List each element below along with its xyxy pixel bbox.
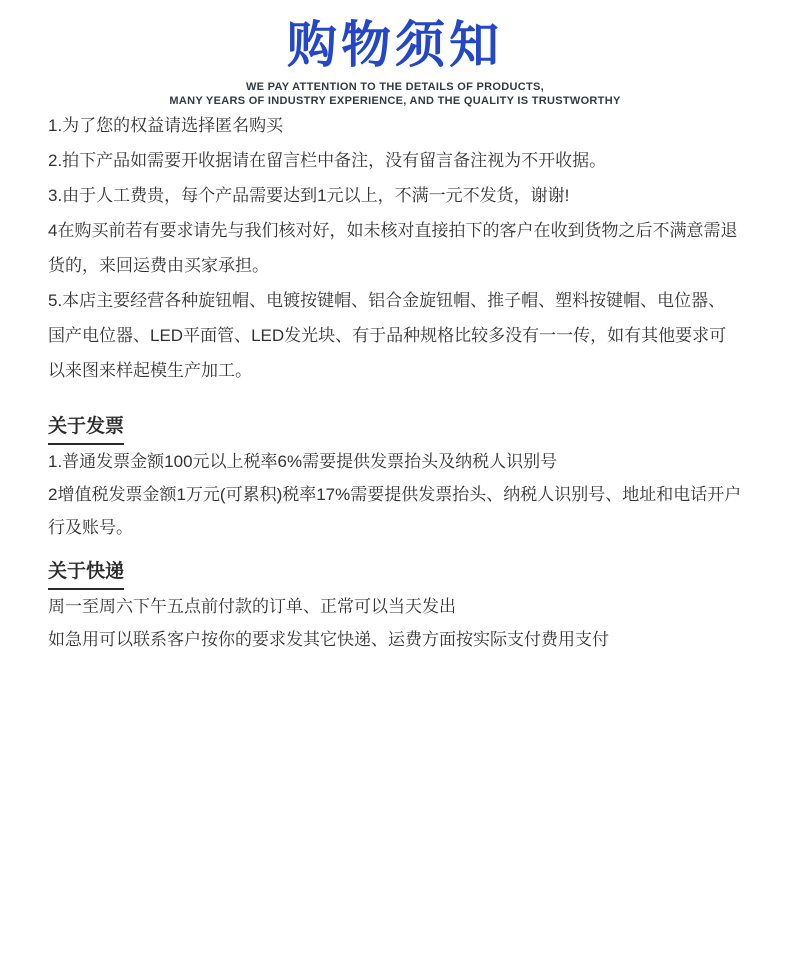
subtitle-line-2: MANY YEARS OF INDUSTRY EXPERIENCE, AND T… <box>0 94 790 108</box>
delivery-section-heading: 关于快递 <box>48 560 742 590</box>
notice-item-2: 2.拍下产品如需要开收据请在留言栏中备注，没有留言备注视为不开收据。 <box>48 143 742 178</box>
subtitle-line-1: WE PAY ATTENTION TO THE DETAILS OF PRODU… <box>0 80 790 94</box>
invoice-heading-text: 关于发票 <box>48 415 124 445</box>
invoice-line-1: 1.普通发票金额100元以上税率6%需要提供发票抬头及纳税人识别号 <box>48 445 742 478</box>
delivery-line-1: 周一至周六下午五点前付款的订单、正常可以当天发出 <box>48 590 742 623</box>
page-header: 购物须知 WE PAY ATTENTION TO THE DETAILS OF … <box>0 0 790 108</box>
notice-item-5: 5.本店主要经营各种旋钮帽、电镀按键帽、铝合金旋钮帽、推子帽、塑料按键帽、电位器… <box>48 283 742 388</box>
page-subtitle: WE PAY ATTENTION TO THE DETAILS OF PRODU… <box>0 80 790 108</box>
notice-item-4: 4在购买前若有要求请先与我们核对好，如未核对直接拍下的客户在收到货物之后不满意需… <box>48 213 742 283</box>
shopping-notice-page: 购物须知 WE PAY ATTENTION TO THE DETAILS OF … <box>0 0 790 960</box>
delivery-heading-text: 关于快递 <box>48 560 124 590</box>
notice-item-1: 1.为了您的权益请选择匿名购买 <box>48 108 742 143</box>
notice-content: 1.为了您的权益请选择匿名购买 2.拍下产品如需要开收据请在留言栏中备注，没有留… <box>0 108 790 656</box>
invoice-section-heading: 关于发票 <box>48 415 742 445</box>
notice-item-3: 3.由于人工费贵，每个产品需要达到1元以上，不满一元不发货，谢谢! <box>48 178 742 213</box>
invoice-line-2: 2增值税发票金额1万元(可累积)税率17%需要提供发票抬头、纳税人识别号、地址和… <box>48 478 742 544</box>
delivery-line-2: 如急用可以联系客户按你的要求发其它快递、运费方面按实际支付费用支付 <box>48 623 742 656</box>
page-title: 购物须知 <box>0 16 790 74</box>
